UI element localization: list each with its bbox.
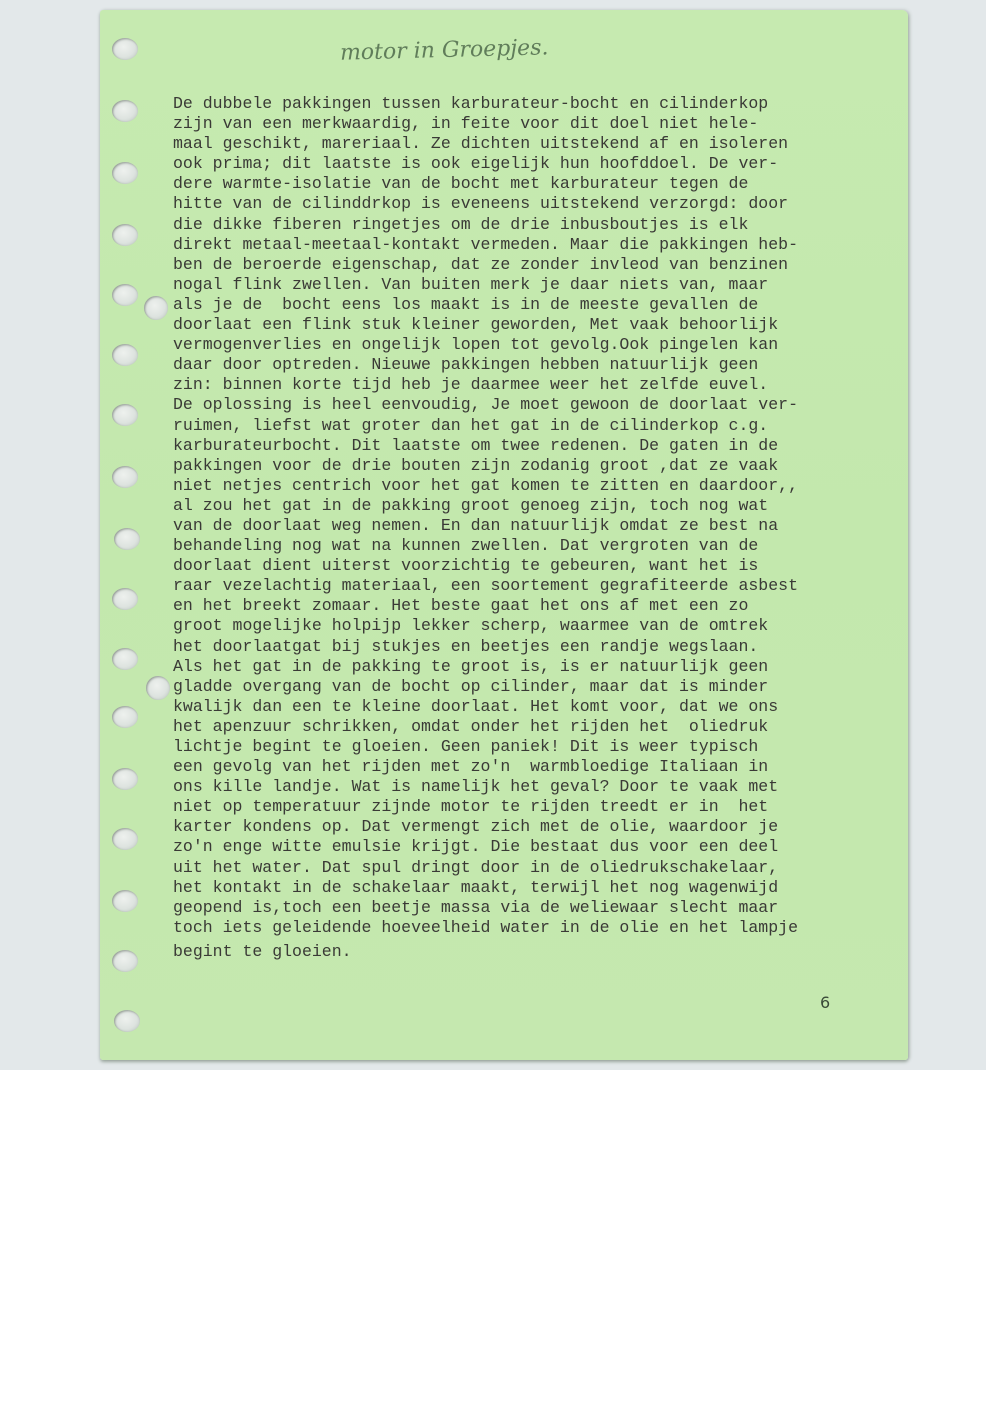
text-line: De oplossing is heel eenvoudig, Je moet … — [173, 395, 873, 415]
text-line: dere warmte-isolatie van de bocht met ka… — [173, 174, 873, 194]
text-line: kwalijk dan een te kleine doorlaat. Het … — [173, 697, 873, 717]
text-line: een gevolg van het rijden met zo'n warmb… — [173, 757, 873, 777]
binder-hole — [112, 466, 138, 488]
text-line: behandeling nog wat na kunnen zwellen. D… — [173, 536, 873, 556]
text-line: doorlaat een flink stuk kleiner geworden… — [173, 315, 873, 335]
text-line: karter kondens op. Dat vermengt zich met… — [173, 817, 873, 837]
text-line: Als het gat in de pakking te groot is, i… — [173, 657, 873, 677]
text-line: groot mogelijke holpijp lekker scherp, w… — [173, 616, 873, 636]
binder-hole — [112, 768, 138, 790]
binder-hole — [112, 162, 138, 184]
text-line: nogal flink zwellen. Van buiten merk je … — [173, 275, 873, 295]
text-line: lichtje begint te gloeien. Geen paniek! … — [173, 737, 873, 757]
typed-body-text: De dubbele pakkingen tussen karburateur-… — [173, 94, 873, 962]
text-line: en het breekt zomaar. Het beste gaat het… — [173, 596, 873, 616]
text-line: vermogenverlies en ongelijk lopen tot ge… — [173, 335, 873, 355]
binder-hole-extra — [144, 296, 168, 320]
text-line: als je de bocht eens los maakt is in de … — [173, 295, 873, 315]
text-line: die dikke fiberen ringetjes om de drie i… — [173, 215, 873, 235]
text-line: pakkingen voor de drie bouten zijn zodan… — [173, 456, 873, 476]
page-number: 6 — [820, 993, 830, 1012]
binder-hole — [112, 284, 138, 306]
text-line: het apenzuur schrikken, omdat onder het … — [173, 717, 873, 737]
binder-hole — [114, 1010, 140, 1032]
text-line: het kontakt in de schakelaar maakt, terw… — [173, 878, 873, 898]
text-line: zo'n enge witte emulsie krijgt. Die best… — [173, 837, 873, 857]
text-line: hitte van de cilinddrkop is eveneens uit… — [173, 194, 873, 214]
text-line: doorlaat dient uiterst voorzichtig te ge… — [173, 556, 873, 576]
binder-hole — [112, 38, 138, 60]
binder-hole — [112, 828, 138, 850]
text-line: maal geschikt, mareriaal. Ze dichten uit… — [173, 134, 873, 154]
text-line: het doorlaatgat bij stukjes en beetjes e… — [173, 637, 873, 657]
text-line: zijn van een merkwaardig, in feite voor … — [173, 114, 873, 134]
text-line: daar door optreden. Nieuwe pakkingen heb… — [173, 355, 873, 375]
text-line: niet op temperatuur zijnde motor te rijd… — [173, 797, 873, 817]
binder-hole — [114, 528, 140, 550]
text-line: begint te gloeien. — [173, 942, 873, 962]
binder-hole — [112, 890, 138, 912]
text-line: al zou het gat in de pakking groot genoe… — [173, 496, 873, 516]
binder-hole — [112, 344, 138, 366]
text-line: van de doorlaat weg nemen. En dan natuur… — [173, 516, 873, 536]
text-line: raar vezelachtig materiaal, een soorteme… — [173, 576, 873, 596]
text-line: ons kille landje. Wat is namelijk het ge… — [173, 777, 873, 797]
binder-hole — [112, 100, 138, 122]
text-line: niet netjes centrich voor het gat komen … — [173, 476, 873, 496]
binder-hole-extra — [146, 676, 170, 700]
text-line: ruimen, liefst wat groter dan het gat in… — [173, 416, 873, 436]
text-line: geopend is,toch een beetje massa via de … — [173, 898, 873, 918]
binder-hole — [112, 404, 138, 426]
text-line: uit het water. Dat spul dringt door in d… — [173, 858, 873, 878]
text-line: ook prima; dit laatste is ook eigelijk h… — [173, 154, 873, 174]
text-line: karburateurbocht. Dit laatste om twee re… — [173, 436, 873, 456]
text-line: ben de beroerde eigenschap, dat ze zonde… — [173, 255, 873, 275]
text-line: De dubbele pakkingen tussen karburateur-… — [173, 94, 873, 114]
text-line: zin: binnen korte tijd heb je daarmee we… — [173, 375, 873, 395]
binder-hole — [112, 706, 138, 728]
text-line: direkt metaal-meetaal-kontakt vermeden. … — [173, 235, 873, 255]
binder-hole — [112, 950, 138, 972]
text-line: gladde overgang van de bocht op cilinder… — [173, 677, 873, 697]
binder-hole — [112, 224, 138, 246]
binder-hole — [112, 648, 138, 670]
binder-hole — [112, 588, 138, 610]
text-line: toch iets geleidende hoeveelheid water i… — [173, 918, 873, 938]
